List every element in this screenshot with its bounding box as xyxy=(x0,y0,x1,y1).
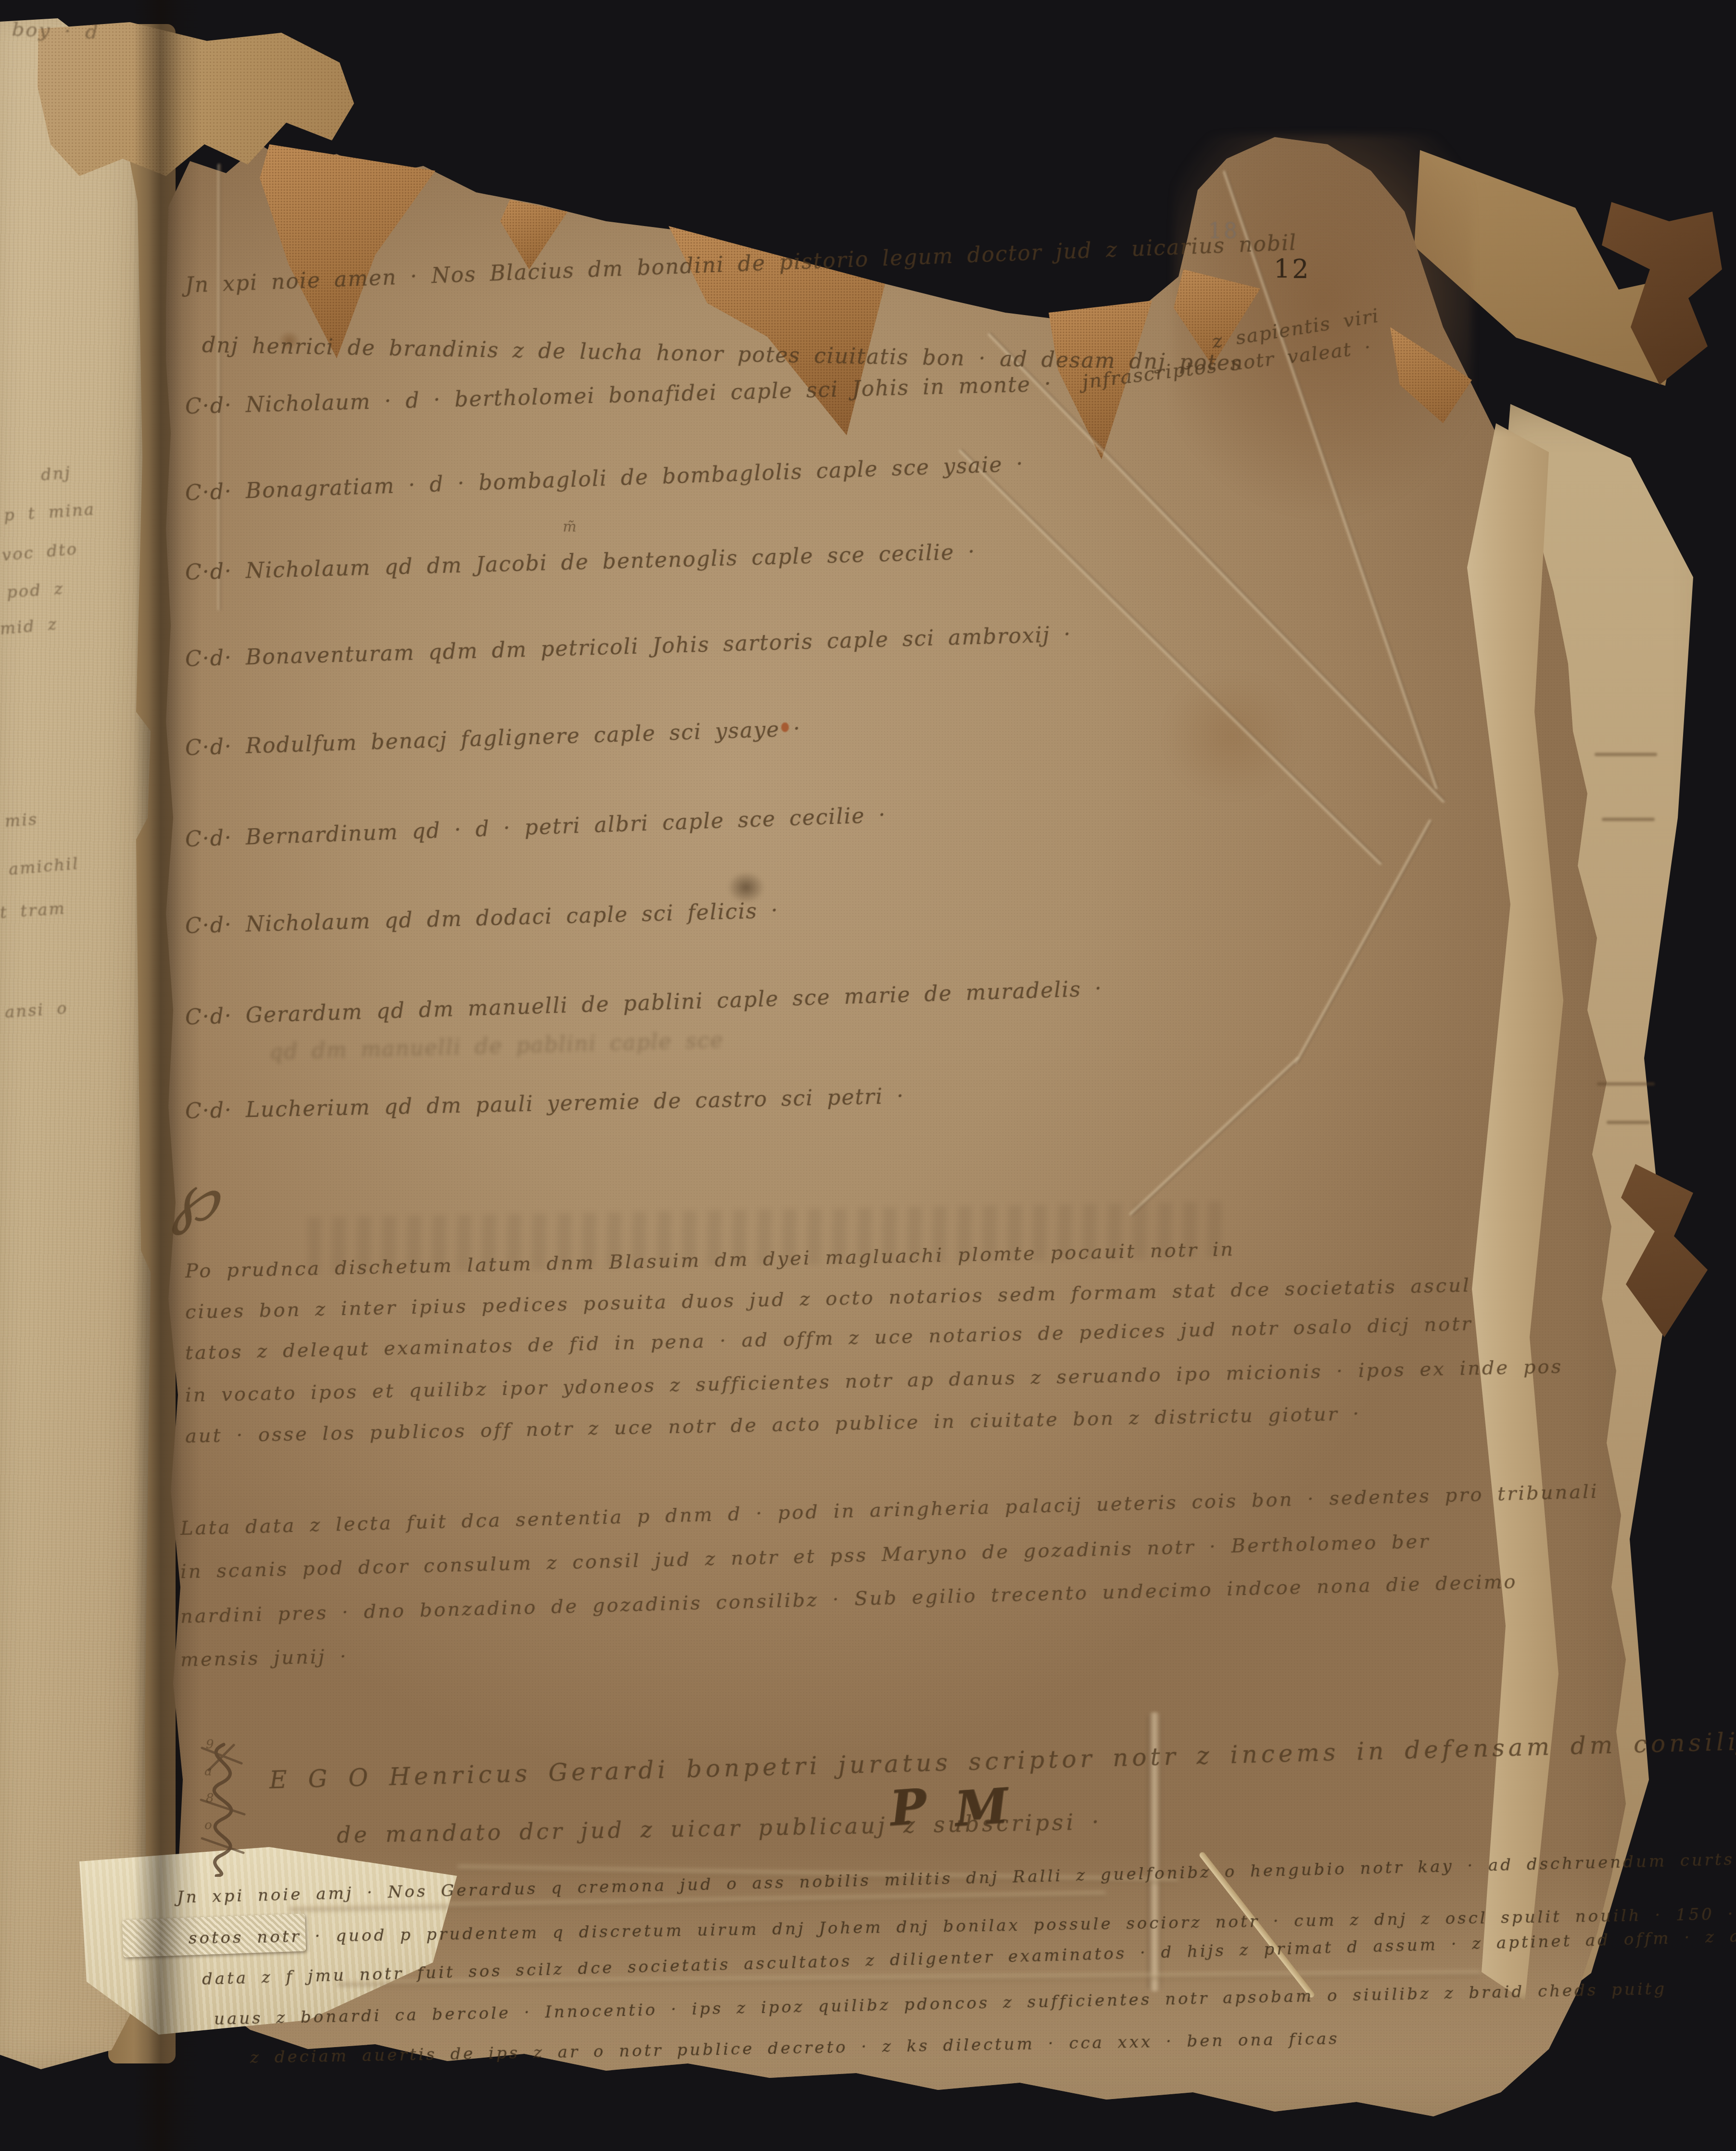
faded-script-fragment xyxy=(1595,753,1657,756)
interlinear-mark: m̃ xyxy=(563,519,577,535)
monogram-initial: M xyxy=(953,1777,1010,1837)
faded-script-fragment xyxy=(1607,1121,1650,1124)
soft-stain xyxy=(1164,673,1299,798)
faded-script-fragment xyxy=(1602,818,1655,821)
margin-fragment: pod z xyxy=(6,579,65,602)
faded-script-fragment xyxy=(1597,1082,1655,1086)
margin-fragment: dnj xyxy=(40,463,72,485)
margin-mark: a xyxy=(204,1764,213,1779)
margin-mark: 9 xyxy=(206,1737,215,1752)
paragraph-line: mensis junij · xyxy=(180,1645,348,1671)
margin-fragment: mis xyxy=(4,810,39,831)
spine-text-fragment: boy · d xyxy=(12,18,100,43)
manuscript-photograph: { "transcription_note": "mediaeval Latin… xyxy=(0,0,1736,2151)
margin-mark: o xyxy=(204,1818,213,1833)
paragraph-mark: ℘ xyxy=(171,1158,219,1237)
notarial-sign-flourish xyxy=(188,1742,260,1877)
left-margin-crease xyxy=(217,164,221,611)
folio-number: 12 xyxy=(1274,254,1311,284)
notary-monograms: P M xyxy=(890,1779,1008,1835)
monogram-initial: P xyxy=(888,1778,928,1837)
margin-mark: 8 xyxy=(206,1791,215,1806)
